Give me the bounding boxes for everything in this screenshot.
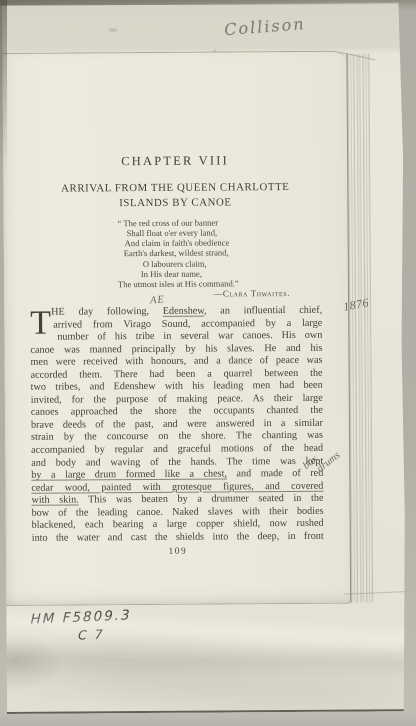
epigraph-attribution: —Clara Thwaites.: [118, 288, 290, 299]
chapter-title-line-1: ARRIVAL FROM THE QUEEN CHARLOTTE: [29, 181, 321, 195]
pencil-note-initials: AE: [150, 294, 166, 306]
page-number: 109: [32, 546, 324, 558]
call-number-line-2: C 7: [78, 625, 131, 642]
body-paragraph: HE day following, Edenshew, an influenti…: [30, 305, 324, 545]
scan-edge-shadow-left: [0, 0, 7, 175]
owner-signature: Collison: [224, 14, 307, 39]
call-number-line-1: HM F5809.3: [30, 607, 131, 627]
backing-sheet: Collison CHAPTER VIII ARRIVAL FROM THE Q…: [2, 2, 407, 714]
epigraph: “ The red cross of our bannerShall float…: [117, 217, 307, 289]
scan-edge-shadow-top: [0, 0, 416, 5]
body-line: into the water and cast the shields into…: [32, 531, 324, 546]
call-number: HM F5809.3 C 7: [30, 607, 132, 644]
stain-mark: [109, 28, 117, 32]
chapter-title-line-2: ISLANDS BY CANOE: [29, 196, 321, 210]
page-fore-edge: [346, 53, 373, 602]
book-page-scan: Collison CHAPTER VIII ARRIVAL FROM THE Q…: [0, 0, 416, 726]
chapter-heading: CHAPTER VIII: [29, 153, 321, 170]
